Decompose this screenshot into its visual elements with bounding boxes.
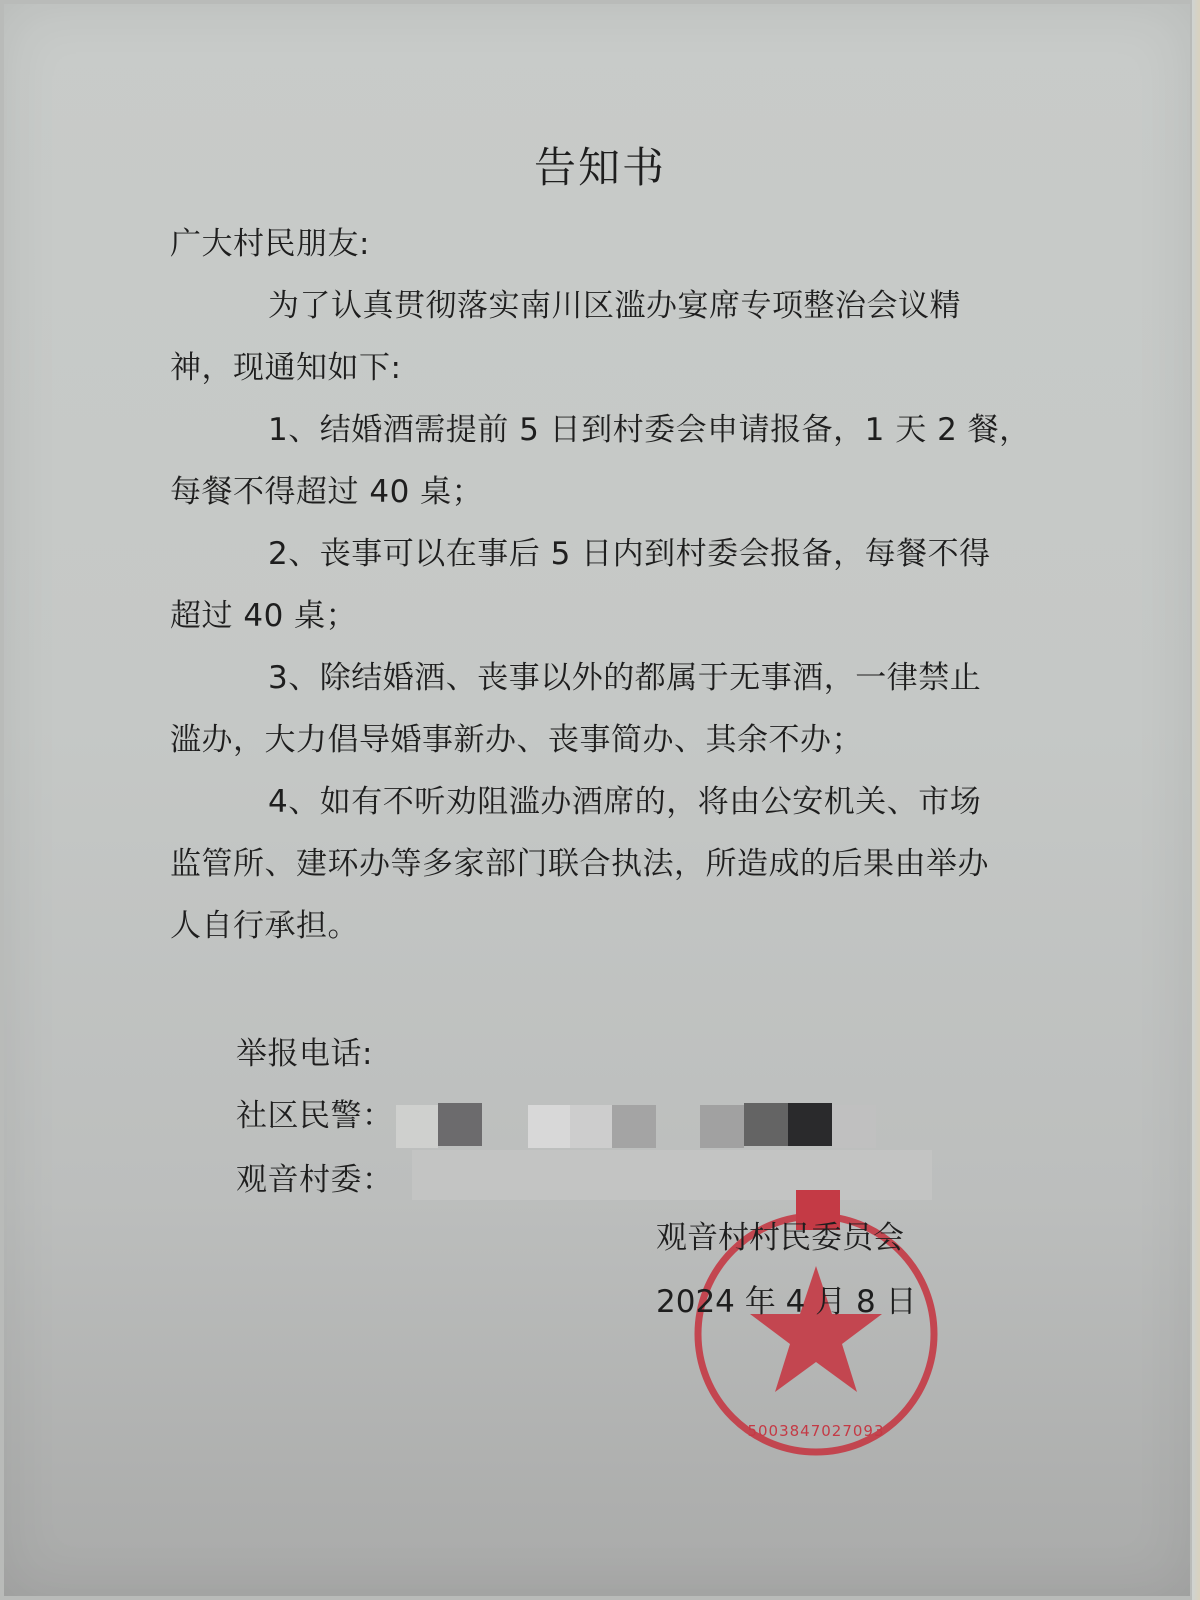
item-4-line-1: 4、如有不听劝阻滥办酒席的，将由公安机关、市场 <box>268 776 981 821</box>
intro-line-2: 神，现通知如下: <box>170 342 401 387</box>
item-2-line-1: 2、丧事可以在事后 5 日内到村委会报备，每餐不得 <box>268 528 991 573</box>
signature-org: 观音村村民委员会 <box>656 1212 904 1257</box>
document-title: 告知书 <box>0 135 1200 195</box>
item-1-line-2: 每餐不得超过 40 桌； <box>170 466 483 511</box>
svg-text:5003847027093: 5003847027093 <box>747 1422 884 1440</box>
item-3-line-1: 3、除结婚酒、丧事以外的都属于无事酒，一律禁止 <box>268 652 981 697</box>
contacts-heading: 举报电话: <box>236 1028 373 1073</box>
item-4-line-3: 人自行承担。 <box>170 900 359 945</box>
police-label: 社区民警： <box>236 1090 394 1135</box>
intro-line-1: 为了认真贯彻落实南川区滥办宴席专项整治会议精 <box>268 280 961 325</box>
item-1-line-1: 1、结婚酒需提前 5 日到村委会申请报备，1 天 2 餐， <box>268 404 1031 449</box>
item-4-line-2: 监管所、建环办等多家部门联合执法，所造成的后果由举办 <box>170 838 989 883</box>
committee-label: 观音村委： <box>236 1154 394 1199</box>
item-3-line-2: 滥办，大力倡导婚事新办、丧事简办、其余不办； <box>170 714 863 759</box>
item-2-line-2: 超过 40 桌； <box>170 590 357 635</box>
signature-date: 2024 年 4 月 8 日 <box>656 1276 917 1321</box>
paper-edge <box>1192 0 1200 1600</box>
salutation: 广大村民朋友: <box>170 218 370 263</box>
